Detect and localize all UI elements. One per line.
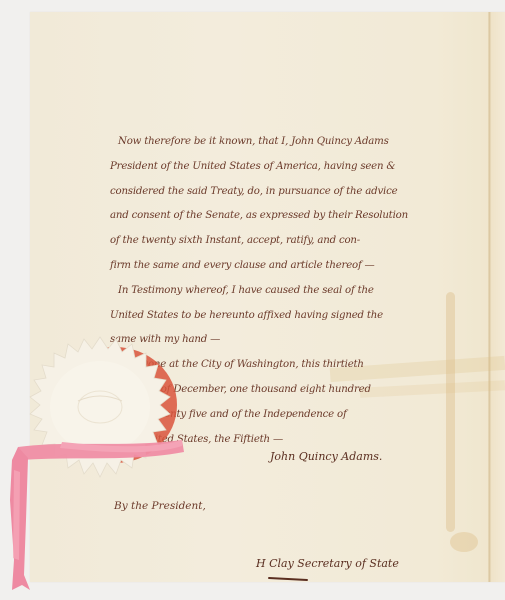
text-line: and consent of the Senate, as expressed … bbox=[110, 204, 470, 229]
water-stain-spot bbox=[450, 532, 478, 552]
text-line: In Testimony whereof, I have caused the … bbox=[110, 279, 470, 304]
text-line: firm the same and every clause and artic… bbox=[110, 254, 470, 279]
signature-flourish bbox=[268, 577, 308, 581]
text-line: of the twenty sixth Instant, accept, rat… bbox=[110, 229, 470, 254]
page-right-margin bbox=[491, 12, 505, 582]
president-signature: John Quincy Adams. bbox=[270, 450, 382, 463]
text-line: Now therefore be it known, that I, John … bbox=[110, 130, 470, 155]
text-line: United States to be hereunto affixed hav… bbox=[110, 304, 470, 329]
text-line: President of the United States of Americ… bbox=[110, 155, 470, 180]
secretary-signature: H Clay Secretary of State bbox=[256, 557, 399, 570]
text-line: considered the said Treaty, do, in pursu… bbox=[110, 180, 470, 205]
paper-seal-icon bbox=[20, 335, 180, 505]
